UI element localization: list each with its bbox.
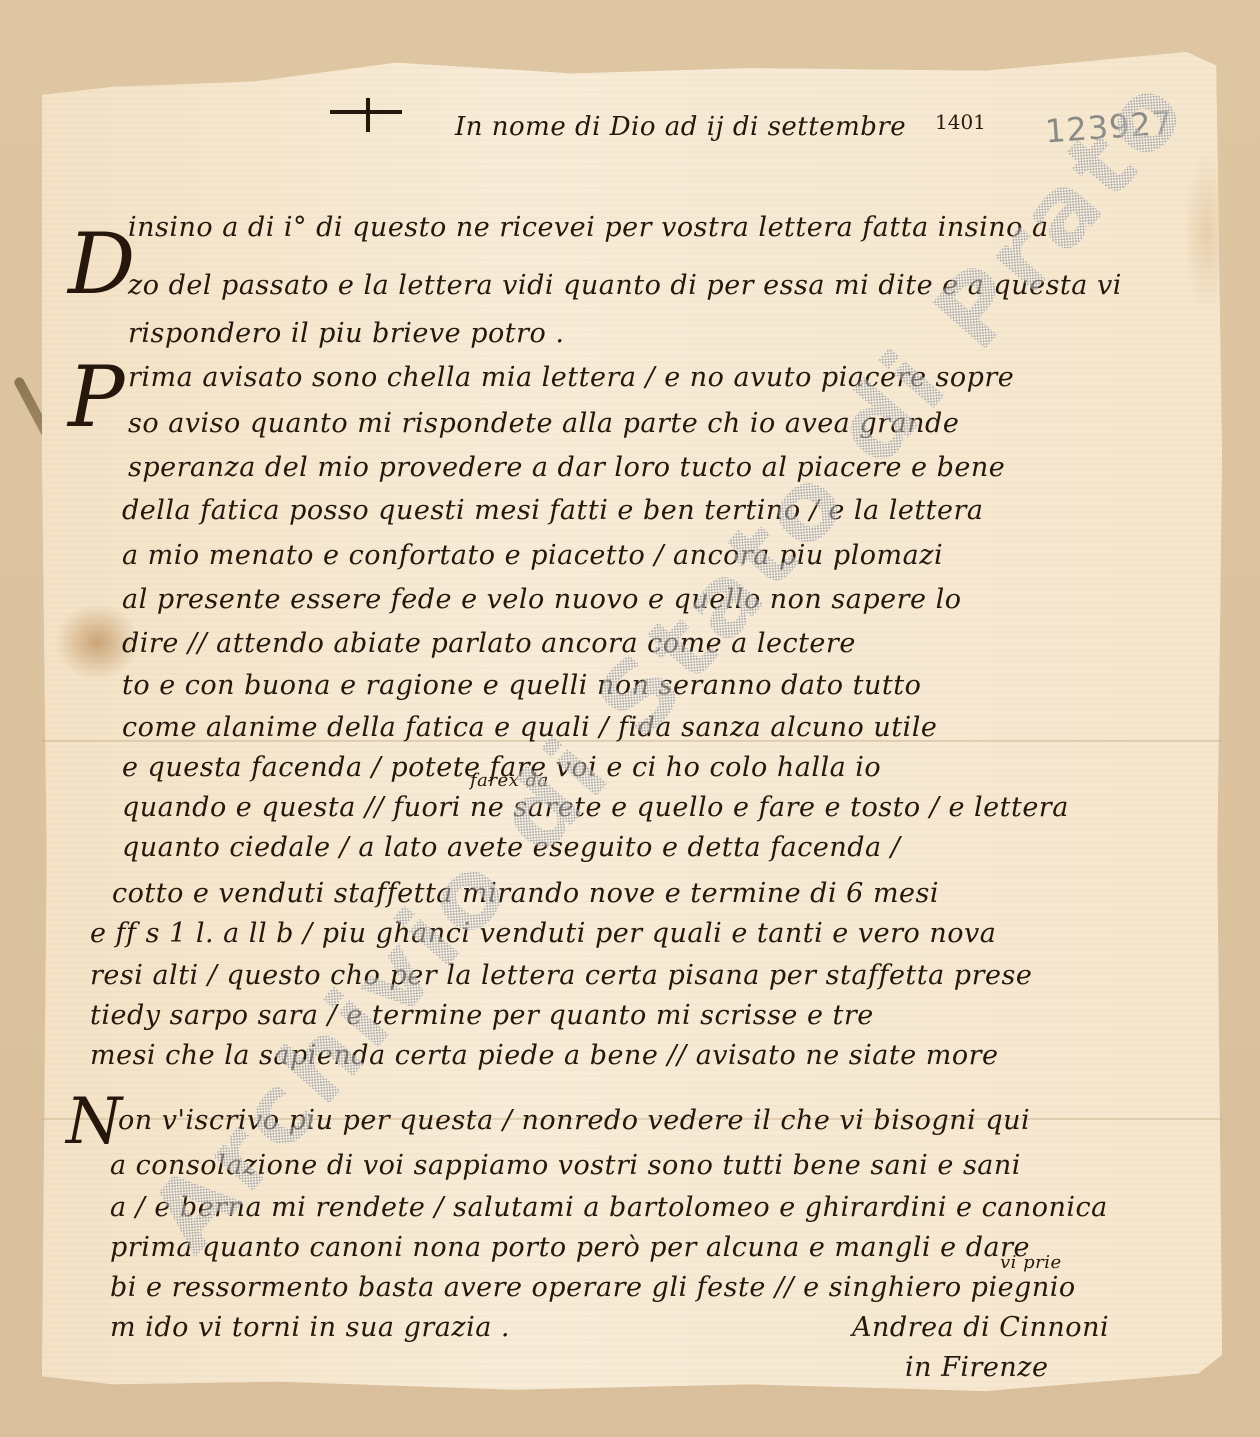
interlinear-note: vi prie	[1000, 1252, 1062, 1273]
text-line: prima quanto canoni nona porto però per …	[110, 1232, 1030, 1263]
text-line: e ff s 1 l. a ll b / piu ghanci venduti …	[90, 918, 996, 949]
text-line: to e con buona e ragione e quelli non se…	[122, 670, 921, 701]
decorated-initial-d: D	[68, 222, 135, 306]
text-line: insino a di i° di questo ne ricevei per …	[128, 212, 1049, 243]
text-line: tiedy sarpo sara / e termine per quanto …	[90, 1000, 874, 1031]
date-text: ad ij di settembre	[665, 112, 906, 142]
text-line: rispondero il piu brieve potro .	[128, 318, 564, 349]
signature-place: in Firenze	[905, 1352, 1048, 1383]
invocation-text: In nome di Dio	[455, 112, 656, 142]
heading-invocation: In nome di Dio ad ij di settembre	[455, 112, 906, 142]
text-line: resi alti / questo cho per la lettera ce…	[90, 960, 1032, 991]
text-line: m ido vi torni in sua grazia .	[110, 1312, 510, 1343]
signature-name: Andrea di Cinnoni	[852, 1312, 1109, 1343]
decorated-initial-p: P	[68, 355, 125, 439]
text-line: bi e ressormento basta avere operare gli…	[110, 1272, 1076, 1303]
text-line: mesi che la sapienda certa piede a bene …	[90, 1040, 999, 1071]
text-line: al presente essere fede e velo nuovo e q…	[122, 584, 961, 615]
year-text: 1401	[935, 110, 986, 134]
decorated-initial-n: N	[66, 1090, 122, 1154]
cross-symbol-icon	[330, 110, 402, 114]
